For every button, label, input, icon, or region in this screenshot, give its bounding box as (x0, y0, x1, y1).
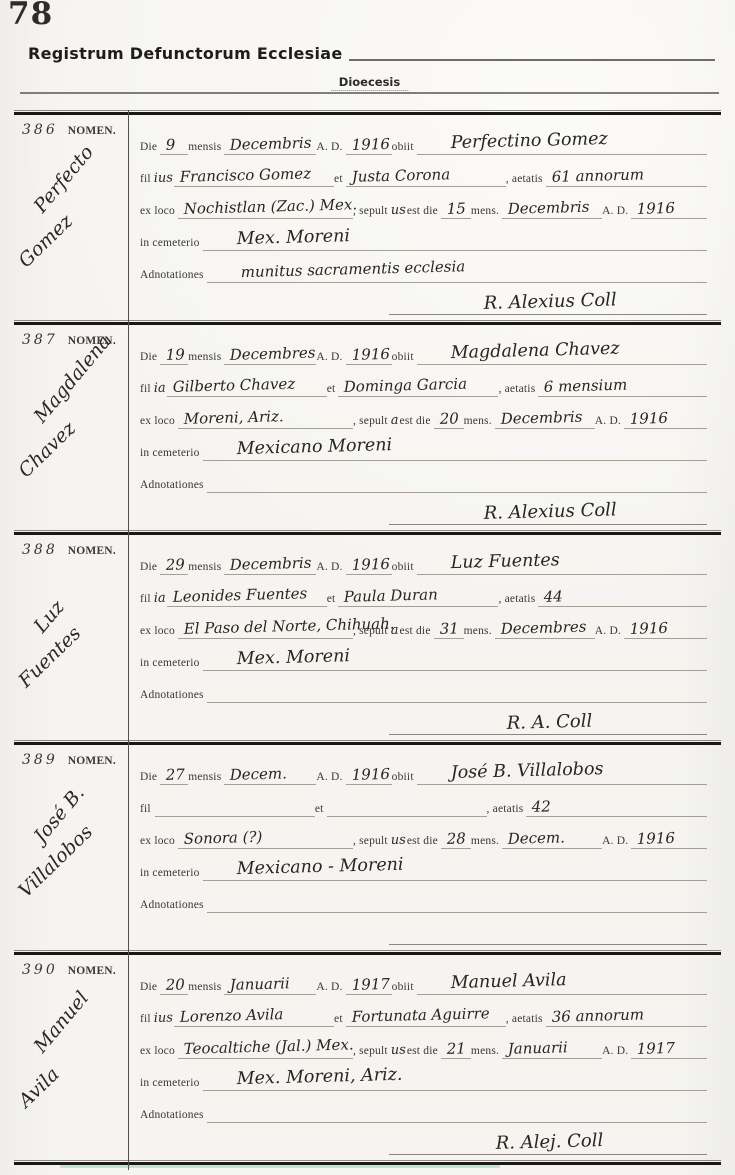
register-record: 388 NOMEN. Luz Fuentes Die 29 mensis Dec… (14, 535, 721, 740)
est-die-label: est die (407, 1045, 441, 1059)
death-month: Decembris (224, 556, 314, 574)
cemetery-value: Mexicano - Moreni (202, 856, 405, 880)
parents-line: fil ia Gilberto Chavez et Dominga Garcia… (140, 365, 707, 397)
deceased-name: Luz Fuentes (416, 552, 562, 574)
death-line: Die 29 mensis Decembris A. D. 1916 obiit… (140, 543, 707, 575)
burial-line: ex loco Sonora (?) , sepult us est die 2… (140, 817, 707, 849)
age-value: 6 mensium (538, 378, 630, 396)
record-margin: 390 NOMEN. Manuel Avila (14, 955, 128, 1160)
death-month-field: Decembris (224, 542, 316, 575)
margin-name-last: Gomez (14, 210, 77, 272)
burial-year-field: 1916 (631, 186, 707, 219)
burial-line: ex loco El Paso del Norte, Chihuah. , se… (140, 607, 707, 639)
burial-day-field: 28 (441, 816, 471, 849)
burial-month: Decembres (494, 620, 588, 638)
record-number: 389 (22, 752, 58, 768)
cemetery-value: Mex. Moreni (202, 648, 352, 670)
sepult-suffix: us (390, 834, 406, 849)
mensis-label: mensis (188, 141, 224, 155)
fil-suffix: ia (153, 592, 166, 607)
dioecesis-rule: Dioecesis (20, 68, 719, 94)
death-line: Die 19 mensis Decembres A. D. 1916 obiit… (140, 333, 707, 365)
signature-value (544, 943, 552, 944)
nomen-label: NOMEN. (68, 965, 119, 979)
death-day-field: 20 (160, 962, 188, 995)
fil-label: fil (140, 173, 154, 187)
adnotationes-value (207, 910, 243, 912)
signature-field: R. Alej. Coll (389, 1122, 707, 1155)
death-day-field: 19 (160, 332, 188, 365)
death-month-field: Decembris (224, 122, 316, 155)
adnotationes-value (207, 1120, 243, 1122)
death-year: 1917 (345, 977, 392, 994)
ad-label: A. D. (316, 981, 345, 995)
die-label: Die (140, 141, 160, 155)
signature-line: R. Alexius Coll (140, 283, 707, 315)
burial-month-field: Januarii (502, 1026, 602, 1059)
death-day-field: 27 (160, 752, 188, 785)
death-month: Decembris (224, 136, 314, 154)
deceased-name: Manuel Avila (416, 972, 568, 994)
column-divider-line (128, 110, 129, 1170)
record-margin: 386 NOMEN. Perfecto Gomez (14, 115, 128, 320)
record-number: 387 (22, 332, 58, 348)
est-die-label: est die (400, 415, 434, 429)
burial-year: 1916 (624, 621, 671, 638)
title-row: Registrum Defunctorum Ecclesiae (28, 44, 715, 63)
deceased-field: José B. Villalobos (417, 752, 707, 785)
parents-line: fil ius Francisco Gomez et Justa Corona … (140, 155, 707, 187)
fil-label: fil (140, 383, 154, 397)
dioecesis-label: Dioecesis (331, 75, 408, 91)
fil-suffix: ius (153, 1011, 174, 1027)
age-value: 44 (538, 589, 566, 606)
obiit-label: obiit (392, 771, 417, 785)
fil-label: fil (140, 1013, 154, 1027)
scan-artifact-line (60, 1165, 500, 1168)
ad2-label: A. D. (595, 415, 624, 429)
parents-line: fil ius Lorenzo Avila et Fortunata Aguir… (140, 995, 707, 1027)
father-name: Lorenzo Avila (174, 1007, 286, 1026)
deceased-field: Manuel Avila (417, 962, 707, 995)
father-name: Leonides Fuentes (166, 586, 309, 606)
aetatis-label: , aetatis (498, 383, 538, 397)
burial-month-field: Decembris (495, 396, 595, 429)
adnotationes-field (207, 460, 707, 493)
deceased-name: José B. Villalobos (416, 761, 605, 784)
adnotationes-value: munitus sacramentis ecclesia (206, 259, 467, 282)
burial-year: 1917 (631, 1041, 678, 1058)
deceased-field: Perfectino Gomez (417, 122, 707, 155)
mensis-label: mensis (188, 351, 224, 365)
et-label: et (327, 593, 339, 607)
cemetery-line: in cemeterio Mex. Moreni, Ariz. (140, 1059, 707, 1091)
death-day: 27 (160, 767, 188, 784)
death-year: 1916 (345, 557, 392, 574)
record-form: Die 20 mensis Januarii A. D. 1917 obiit … (128, 955, 721, 1160)
cemetery-line: in cemeterio Mexicano - Moreni (140, 849, 707, 881)
signature-value: R. Alexius Coll (477, 291, 618, 314)
mens-label: mens. (471, 205, 502, 219)
signature-value: R. A. Coll (501, 713, 595, 734)
mother-field (327, 784, 487, 817)
record-number: 390 (22, 962, 58, 978)
death-year-field: 1916 (346, 542, 392, 575)
signature-field: R. A. Coll (389, 702, 707, 735)
obiit-label: obiit (392, 141, 417, 155)
et-label: et (327, 383, 339, 397)
ex-loco-label: ex loco (140, 415, 178, 429)
signature-line: R. Alej. Coll (140, 1123, 707, 1155)
adnotationes-label: Adnotationes (140, 479, 207, 493)
ad-label: A. D. (316, 561, 345, 575)
margin-name-first: Perfecto (30, 141, 98, 217)
signature-field (389, 912, 707, 945)
death-line: Die 9 mensis Decembris A. D. 1916 obiit … (140, 123, 707, 155)
age-value: 36 annorum (545, 1007, 646, 1026)
burial-month: Decembris (494, 410, 584, 428)
adnotationes-label: Adnotationes (140, 1109, 207, 1123)
burial-day: 31 (433, 621, 461, 638)
sepult-suffix: a (390, 624, 399, 639)
obiit-label: obiit (392, 561, 417, 575)
ex-loco-label: ex loco (140, 205, 178, 219)
ad2-label: A. D. (602, 835, 631, 849)
burial-day: 20 (433, 411, 461, 428)
death-year-field: 1917 (346, 962, 392, 995)
death-month-field: Decembres (224, 332, 316, 365)
register-record: 386 NOMEN. Perfecto Gomez Die 9 mensis D… (14, 115, 721, 320)
burial-year: 1916 (631, 201, 678, 218)
age-value: 61 annorum (545, 167, 646, 186)
death-line: Die 20 mensis Januarii A. D. 1917 obiit … (140, 963, 707, 995)
adnotationes-line: Adnotationes (140, 671, 707, 703)
adnotationes-field: munitus sacramentis ecclesia (207, 250, 707, 283)
mother-name: Fortunata Aguirre (345, 1006, 491, 1026)
cemetery-field: Mexicano Moreni (203, 428, 707, 461)
ex-loco-label: ex loco (140, 835, 178, 849)
register-record: 389 NOMEN. José B. Villalobos Die 27 men… (14, 745, 721, 950)
page-number: 78 (8, 0, 53, 32)
death-month-field: Januarii (224, 962, 316, 995)
ex-loco-label: ex loco (140, 625, 178, 639)
burial-year-field: 1916 (631, 816, 707, 849)
ad-label: A. D. (316, 141, 345, 155)
nomen-label: NOMEN. (68, 545, 119, 559)
sepult-label: , sepult (353, 1045, 391, 1059)
in-cemeterio-label: in cemeterio (140, 447, 203, 461)
death-month: Januarii (224, 976, 292, 994)
age-field: 36 annorum (546, 994, 707, 1027)
adnotationes-value (207, 490, 243, 492)
burial-day: 21 (441, 1041, 469, 1058)
est-die-label: est die (400, 625, 434, 639)
ex-loco-field: El Paso del Norte, Chihuah. (178, 606, 353, 639)
mensis-label: mensis (188, 771, 224, 785)
ad2-label: A. D. (595, 625, 624, 639)
burial-line: ex loco Moreni, Ariz. , sepult a est die… (140, 397, 707, 429)
et-label: et (334, 1013, 346, 1027)
death-day-field: 29 (160, 542, 188, 575)
mother-name: Justa Corona (345, 167, 452, 186)
deceased-name: Magdalena Chavez (416, 340, 621, 364)
margin-name-first: Manuel (30, 987, 94, 1057)
record-form: Die 9 mensis Decembris A. D. 1916 obiit … (128, 115, 721, 320)
burial-month-field: Decembris (502, 186, 602, 219)
age-value: 42 (526, 799, 554, 816)
adnotationes-label: Adnotationes (140, 689, 207, 703)
burial-year-field: 1917 (631, 1026, 707, 1059)
burial-day-field: 20 (434, 396, 464, 429)
age-field: 42 (526, 784, 707, 817)
burial-day: 28 (441, 831, 469, 848)
burial-day: 15 (441, 201, 469, 218)
adnotationes-line: Adnotationes (140, 881, 707, 913)
signature-line: R. A. Coll (140, 703, 707, 735)
mother-field: Dominga Garcia (338, 364, 498, 397)
burial-month-field: Decembres (495, 606, 595, 639)
father-field: Gilberto Chavez (167, 364, 327, 397)
cemetery-value: Mexicano Moreni (202, 436, 394, 460)
nomen-label: NOMEN. (68, 755, 119, 769)
adnotationes-field (207, 880, 707, 913)
obiit-label: obiit (392, 351, 417, 365)
death-year: 1916 (345, 347, 392, 364)
mother-field: Paula Duran (338, 574, 498, 607)
sepult-label: , sepult (353, 835, 391, 849)
deceased-field: Magdalena Chavez (417, 332, 707, 365)
father-name: Gilberto Chavez (166, 377, 297, 396)
est-die-label: est die (407, 205, 441, 219)
in-cemeterio-label: in cemeterio (140, 237, 203, 251)
cemetery-line: in cemeterio Mexicano Moreni (140, 429, 707, 461)
cemetery-field: Mex. Moreni, Ariz. (203, 1058, 707, 1091)
burial-line: ex loco Nochistlan (Zac.) Mex. , sepult … (140, 187, 707, 219)
mother-name: Paula Duran (338, 587, 440, 606)
sepult-suffix: us (390, 204, 406, 219)
sepult-suffix: a (390, 414, 399, 429)
cemetery-field: Mexicano - Moreni (203, 848, 707, 881)
adnotationes-field (207, 670, 707, 703)
death-month-field: Decem. (224, 752, 316, 785)
ex-loco-field: Sonora (?) (178, 816, 353, 849)
cemetery-line: in cemeterio Mex. Moreni (140, 639, 707, 671)
ex-loco-value: Sonora (?) (178, 830, 265, 848)
mens-label: mens. (471, 1045, 502, 1059)
mens-label: mens. (464, 415, 495, 429)
burial-year: 1916 (624, 411, 671, 428)
ex-loco-field: Moreni, Ariz. (178, 396, 353, 429)
cemetery-value: Mex. Moreni, Ariz. (202, 1066, 404, 1090)
ad-label: A. D. (316, 351, 345, 365)
fil-suffix: ia (153, 382, 166, 397)
fil-label: fil (140, 803, 154, 817)
burial-month: Januarii (502, 1040, 570, 1058)
fil-suffix: ius (153, 171, 174, 187)
death-day: 9 (160, 138, 178, 154)
die-label: Die (140, 351, 160, 365)
deceased-field: Luz Fuentes (417, 542, 707, 575)
ex-loco-value: Moreni, Ariz. (178, 409, 286, 428)
cemetery-field: Mex. Moreni (203, 218, 707, 251)
burial-month: Decembris (502, 200, 592, 218)
aetatis-label: , aetatis (506, 173, 546, 187)
signature-value: R. Alexius Coll (477, 501, 618, 524)
ex-loco-field: Nochistlan (Zac.) Mex. (178, 186, 353, 219)
burial-month: Decem. (502, 830, 568, 848)
adnotationes-line: Adnotationes (140, 461, 707, 493)
die-label: Die (140, 981, 160, 995)
ex-loco-field: Teocaltiche (Jal.) Mex. (178, 1026, 353, 1059)
adnotationes-line: Adnotationes (140, 1091, 707, 1123)
age-field: 61 annorum (546, 154, 707, 187)
adnotationes-value (207, 700, 243, 702)
death-year: 1916 (345, 767, 392, 784)
record-form: Die 29 mensis Decembris A. D. 1916 obiit… (128, 535, 721, 740)
parents-line: fil et , aetatis 42 (140, 785, 707, 817)
register-record: 390 NOMEN. Manuel Avila Die 20 mensis Ja… (14, 955, 721, 1160)
in-cemeterio-label: in cemeterio (140, 657, 203, 671)
signature-line: R. Alexius Coll (140, 493, 707, 525)
record-form: Die 19 mensis Decembres A. D. 1916 obiit… (128, 325, 721, 530)
father-name: Francisco Gomez (174, 166, 314, 186)
record-number-row: 390 NOMEN. (14, 955, 128, 979)
adnotationes-line: Adnotationes munitus sacramentis ecclesi… (140, 251, 707, 283)
record-number: 386 (22, 122, 58, 138)
ad2-label: A. D. (602, 1045, 631, 1059)
margin-name-last: Avila (14, 1063, 63, 1112)
age-field: 44 (538, 574, 707, 607)
adnotationes-label: Adnotationes (140, 269, 207, 283)
ad-label: A. D. (316, 771, 345, 785)
obiit-label: obiit (392, 981, 417, 995)
aetatis-label: , aetatis (498, 593, 538, 607)
die-label: Die (140, 771, 160, 785)
burial-day-field: 15 (441, 186, 471, 219)
death-day: 19 (160, 347, 188, 364)
nomen-label: NOMEN. (68, 125, 119, 139)
ex-loco-label: ex loco (140, 1045, 178, 1059)
ex-loco-value: Teocaltiche (Jal.) Mex. (178, 1037, 356, 1058)
record-margin: 389 NOMEN. José B. Villalobos (14, 745, 128, 950)
et-label: et (315, 803, 327, 817)
register-table: 386 NOMEN. Perfecto Gomez Die 9 mensis D… (14, 110, 721, 1170)
adnotationes-field (207, 1090, 707, 1123)
in-cemeterio-label: in cemeterio (140, 1077, 203, 1091)
record-margin: 387 NOMEN. Magdalena Chavez (14, 325, 128, 530)
mother-name: Dominga Garcia (338, 377, 470, 396)
death-day: 29 (160, 557, 188, 574)
cemetery-line: in cemeterio Mex. Moreni (140, 219, 707, 251)
record-number-row: 388 NOMEN. (14, 535, 128, 559)
scanned-register-page: 78 Registrum Defunctorum Ecclesiae Dioec… (0, 0, 735, 1175)
death-line: Die 27 mensis Decem. A. D. 1916 obiit Jo… (140, 753, 707, 785)
death-year-field: 1916 (346, 122, 392, 155)
signature-field: R. Alexius Coll (389, 282, 707, 315)
table-bottom-rule (14, 1160, 721, 1165)
mother-field: Fortunata Aguirre (346, 994, 506, 1027)
death-day: 20 (160, 977, 188, 994)
in-cemeterio-label: in cemeterio (140, 867, 203, 881)
death-month: Decem. (224, 766, 290, 784)
record-number-row: 386 NOMEN. (14, 115, 128, 139)
death-year: 1916 (345, 137, 392, 154)
burial-day-field: 21 (441, 1026, 471, 1059)
ex-loco-value: Nochistlan (Zac.) Mex. (178, 197, 360, 218)
record-margin: 388 NOMEN. Luz Fuentes (14, 535, 128, 740)
mens-label: mens. (464, 625, 495, 639)
father-name (155, 815, 163, 816)
signature-line (140, 913, 707, 945)
ad2-label: A. D. (602, 205, 631, 219)
die-label: Die (140, 561, 160, 575)
age-field: 6 mensium (538, 364, 707, 397)
register-record: 387 NOMEN. Magdalena Chavez Die 19 mensi… (14, 325, 721, 530)
record-number: 388 (22, 542, 58, 558)
death-day-field: 9 (160, 122, 188, 155)
record-number-row: 389 NOMEN. (14, 745, 128, 769)
death-month: Decembres (224, 346, 318, 364)
adnotationes-label: Adnotationes (140, 899, 207, 913)
margin-name-last: Chavez (14, 417, 80, 482)
mensis-label: mensis (188, 981, 224, 995)
et-label: et (334, 173, 346, 187)
sepult-suffix: us (390, 1044, 406, 1059)
burial-line: ex loco Teocaltiche (Jal.) Mex. , sepult… (140, 1027, 707, 1059)
mensis-label: mensis (188, 561, 224, 575)
cemetery-value: Mex. Moreni (202, 228, 352, 250)
burial-month-field: Decem. (502, 816, 602, 849)
record-form: Die 27 mensis Decem. A. D. 1916 obiit Jo… (128, 745, 721, 950)
signature-field: R. Alexius Coll (389, 492, 707, 525)
signature-value: R. Alej. Coll (490, 1132, 606, 1154)
sepult-label: , sepult (353, 415, 391, 429)
death-year-field: 1916 (346, 752, 392, 785)
register-title: Registrum Defunctorum Ecclesiae (28, 44, 343, 63)
fil-label: fil (140, 593, 154, 607)
father-field: Leonides Fuentes (167, 574, 327, 607)
father-field (155, 784, 315, 817)
deceased-name: Perfectino Gomez (416, 130, 609, 154)
mens-label: mens. (471, 835, 502, 849)
father-field: Lorenzo Avila (174, 994, 334, 1027)
death-year-field: 1916 (346, 332, 392, 365)
father-field: Francisco Gomez (174, 154, 334, 187)
aetatis-label: , aetatis (506, 1013, 546, 1027)
cemetery-field: Mex. Moreni (203, 638, 707, 671)
est-die-label: est die (407, 835, 441, 849)
parents-line: fil ia Leonides Fuentes et Paula Duran ,… (140, 575, 707, 607)
burial-year-field: 1916 (624, 606, 707, 639)
burial-year-field: 1916 (624, 396, 707, 429)
burial-year: 1916 (631, 831, 678, 848)
title-rule (349, 59, 715, 61)
mother-field: Justa Corona (346, 154, 506, 187)
burial-day-field: 31 (434, 606, 464, 639)
aetatis-label: , aetatis (487, 803, 527, 817)
